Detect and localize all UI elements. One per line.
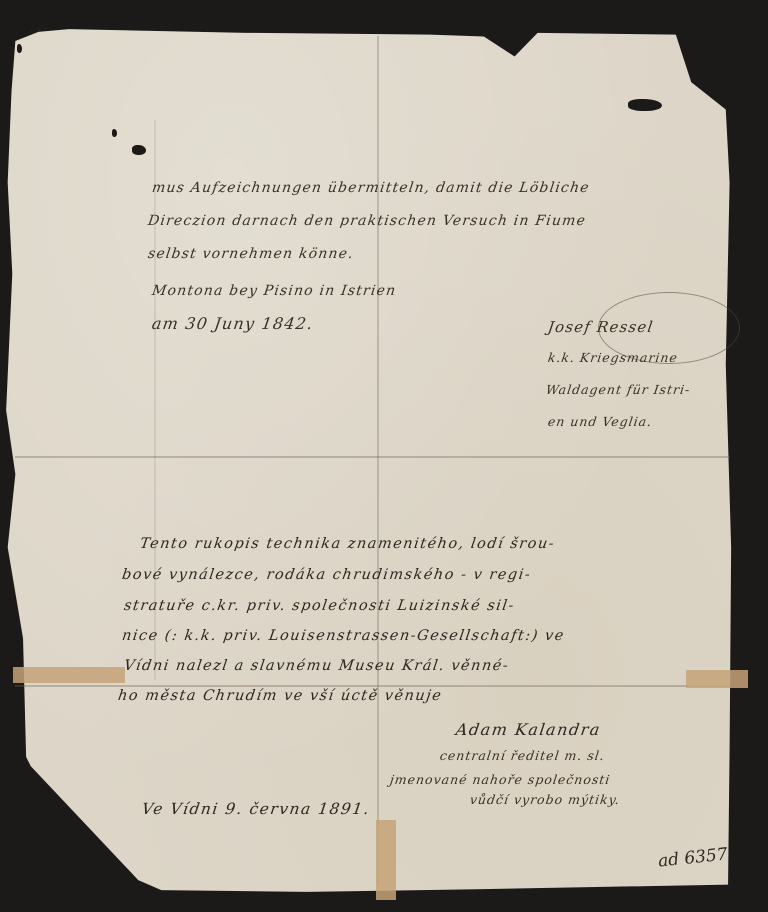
paper-hole xyxy=(112,129,117,137)
fold-line-horizontal xyxy=(15,685,729,687)
tape-strip xyxy=(13,667,125,683)
czech-signature-title-1: centralní ředitel m. sl. xyxy=(439,748,606,763)
czech-signature-title-2: jmenované nahoře společnosti xyxy=(389,772,612,787)
signature-title-1: k.k. Kriegsmarine xyxy=(547,350,679,365)
tape-strip xyxy=(376,820,396,900)
german-line-2: Direczion darnach den praktischen Versuc… xyxy=(147,213,587,229)
signature-title-2: Waldagent für Istri- xyxy=(545,382,691,397)
signature-title-3: en und Veglia. xyxy=(547,414,653,429)
signature-name: Josef Ressel xyxy=(547,318,655,336)
paper-hole xyxy=(17,44,22,53)
czech-line-4: nice (: k.k. priv. Louisenstrassen-Gesel… xyxy=(121,628,566,644)
fold-line-vertical xyxy=(377,36,379,884)
czech-line-2: bové vynálezce, rodáka chrudimského - v … xyxy=(121,567,532,583)
paper-hole xyxy=(628,99,662,111)
document-scan: · · · mus Aufzeichnungen übermitteln, da… xyxy=(0,0,768,912)
tape-strip xyxy=(686,670,748,688)
czech-line-6: ho města Chrudím ve vší úctě věnuje xyxy=(117,688,444,704)
german-line-3: selbst vornehmen könne. xyxy=(147,246,355,262)
paper-hole xyxy=(132,145,146,155)
german-line-1: mus Aufzeichnungen übermitteln, damit di… xyxy=(151,180,591,196)
fold-line-horizontal xyxy=(15,456,729,458)
czech-place-date: Ve Vídni 9. června 1891. xyxy=(141,800,372,818)
czech-signature-name: Adam Kalandra xyxy=(455,720,603,739)
czech-line-3: stratuře c.kr. priv. společnosti Luizins… xyxy=(123,598,516,614)
czech-signature-title-3: vůdčí vyrobo mýtiky. xyxy=(469,792,621,807)
czech-line-5: Vídni nalezl a slavnému Museu Král. věnn… xyxy=(123,658,510,674)
fold-line-vertical xyxy=(154,120,156,680)
place-line: Montona bey Pisino in Istrien xyxy=(151,283,398,299)
czech-line-1: Tento rukopis technika znamenitého, lodí… xyxy=(139,536,556,552)
date-line: am 30 Juny 1842. xyxy=(151,314,315,333)
